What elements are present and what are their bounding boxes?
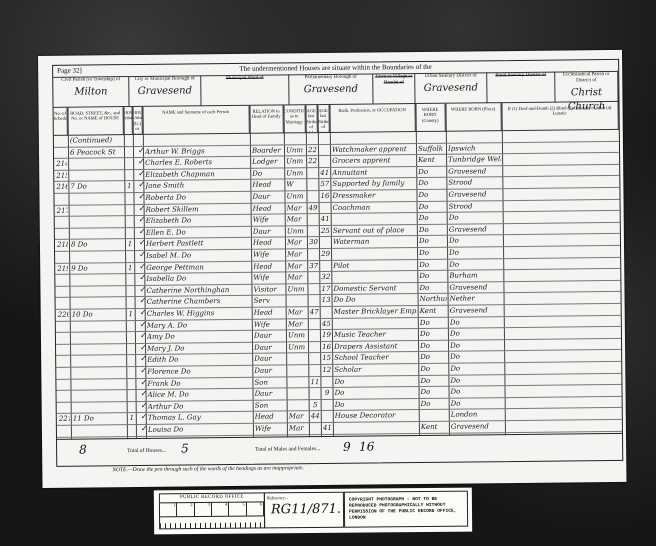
cell-female-age [322,307,331,318]
census-form: Page 32] The undermentioned Houses are s… [52,59,623,467]
cell-male-age [310,319,319,330]
district-field: Urban Sanitary District ofGravesend [415,72,487,104]
cell-county: Do [419,259,446,270]
cell-female-age: 57 [320,179,329,190]
totals-row: 8 Total of Houses... 5 Total of Males an… [57,433,622,466]
cell-name: Amy Do [147,331,251,343]
cell-place: Do [450,352,503,363]
column-header: WHERE BORN (County) [416,104,446,132]
cell-schedule [58,368,69,379]
cell-address [72,355,125,366]
cell-place: Gravesend [449,282,502,293]
cell-condition [288,388,307,399]
cell-inhab: 1 [126,181,132,192]
cell-inhab [128,344,134,355]
cell-inhab [128,355,134,366]
cell-female-age [320,133,329,144]
cell-place: Strood [449,201,502,212]
cell-name: Frank Do [147,377,251,389]
cell-schedule [58,344,69,355]
column-header: ROAD, STREET, &c., and No. or NAME of HO… [68,107,124,136]
cell-address [72,367,125,378]
cell-male-age: 5 [311,400,320,411]
cell-inhab [127,274,133,285]
cell-place: Do [450,375,503,386]
cell-name: Catherine Chambers [147,296,251,308]
cell-name: Louisa Do [148,424,252,436]
cell-county: Do [419,283,446,294]
cell-name: Catherine Northinghan [146,285,250,297]
census-page: Page 32] The undermentioned Houses are s… [38,50,626,488]
cell-address [71,251,124,262]
cell-name: Mary J. Do [147,343,251,355]
cell-place: Gravesend [449,224,502,235]
cell-relation: Visitor [253,284,284,295]
cell-occupation: Grocers apprent [332,155,415,166]
cell-schedule [58,321,69,332]
district-value: Gravesend [289,83,372,98]
cell-schedule: 215 [56,170,67,181]
cell-male-age [309,214,318,225]
cell-county: Do [418,190,445,201]
check-mark-icon: ✓ [138,169,145,178]
district-label: Urban Sanitary District of [415,73,486,80]
district-value [487,81,554,82]
check-mark-icon: ✓ [139,273,146,282]
cell-name: Arthur Do [148,401,252,413]
column-header: WHERE BORN (Place) [446,103,502,132]
cell-address [70,193,123,204]
cell-address: 8 Do [71,240,124,251]
cell-male-age: 11 [310,377,319,388]
cell-condition: Mar [287,261,306,272]
cell-occupation: Domestic Servant [333,283,416,294]
cell-female-age [323,400,332,411]
cell-inhab [126,158,132,169]
cell-relation: Wife [255,423,286,434]
cell-inhab [128,332,134,343]
cell-place: Do [449,247,502,258]
cell-inhab [129,425,135,436]
cell-place: Gravesend [450,305,503,316]
check-mark-icon: ✓ [141,412,148,421]
cell-occupation: Master Bricklayer Employ 3 Labour [334,306,417,317]
ruler-mark: 2 [177,502,194,516]
district-field: Parliamentary Borough ofGravesend [289,73,373,105]
cell-name [145,134,249,146]
cell-place: Do [449,236,502,247]
district-field: Rural Sanitary District of [487,72,555,104]
cell-inhab [126,193,132,204]
district-label: Municipal Ward of [201,75,288,82]
form-note: NOTE.—Draw the pen through such of the w… [112,465,304,473]
district-label: Parliamentary Borough of [289,75,372,82]
check-mark-icon: ✓ [140,343,147,352]
check-mark-icon: ✓ [140,377,147,386]
cell-occupation: Do [334,387,417,398]
cell-occupation [333,213,416,224]
cell-name: Isabella Do [146,273,250,285]
column-header: RELATION to Head of Family [250,105,284,133]
cell-county: Do [419,236,446,247]
cell-occupation: Dressmaker [332,190,415,201]
cell-occupation [332,132,415,143]
cell-relation [252,133,283,144]
cell-relation: Wife [254,319,285,330]
cell-county: Northumberland [420,294,447,305]
total-houses-value: 5 [181,441,189,455]
cell-name: Roberta Do [145,192,249,204]
cell-address: 11 Do [73,413,126,424]
cell-name: Edith Do [147,354,251,366]
district-label: Civil Parish [or Township] of [53,77,128,84]
cell-schedule [58,356,69,367]
cell-condition [286,133,305,144]
cell-county: Do [419,225,446,236]
cell-relation: Lodger [252,157,283,168]
cell-schedule [58,298,69,309]
cell-name: Charles E. Roberts [145,157,249,169]
column-header: AGE last Birthday of Females [318,105,330,133]
cell-inhab [128,321,134,332]
cell-county: Do [419,271,446,282]
cell-female-age [321,203,330,214]
cell-schedule [57,252,68,263]
cell-schedule: 219 [57,263,68,274]
district-field: Ecclesiastical Parish or District ofChri… [555,71,618,103]
check-mark-icon: ✓ [140,308,147,317]
district-value: Gravesend [129,84,200,99]
cell-place: Do [450,328,503,339]
cell-name: Arthur W. Briggs [145,145,249,157]
cell-female-age [321,237,330,248]
district-field: Town or Village or Hamlet of [373,73,415,104]
cell-condition: Mar [287,272,306,283]
cell-occupation [333,248,416,259]
check-mark-icon: ✓ [140,389,147,398]
cell-occupation [335,422,418,433]
cell-relation: Son [255,400,286,411]
check-mark-icon: ✓ [139,285,146,294]
cell-female-age: 41 [321,214,330,225]
cell-inhab: 1 [128,309,134,320]
cell-place: Gravesend [451,421,504,432]
check-mark-icon: ✓ [139,238,146,247]
cell-female-age: 12 [322,365,331,376]
cell-female-age: 32 [321,272,330,283]
cell-male-age [311,423,320,434]
district-field: Municipal Ward of [201,74,289,106]
cell-male-age [309,249,318,260]
cell-condition: Unm [288,342,307,353]
cell-county: Do [420,375,447,386]
cell-female-age: 13 [322,295,331,306]
cell-county: Do [418,178,445,189]
check-mark-icon: ✓ [140,366,147,375]
cell-male-age: 44 [311,411,320,422]
total-males-value: 9 [343,440,351,454]
cell-address: 10 Do [72,309,125,320]
cell-place: Tunbridge Wells [448,154,501,165]
cell-name: Thomas L. Gay [148,412,252,424]
cell-condition: Mar [288,319,307,330]
cell-male-age [308,133,317,144]
cell-name: Mary A. Do [147,319,251,331]
ruler-mark: 4 [212,502,229,516]
cell-schedule [59,426,70,437]
cell-condition: Mar [288,307,307,318]
cell-schedule [57,217,68,228]
cell-relation: Serv [254,296,285,307]
cell-occupation: Waterman [333,236,416,247]
district-label: City or Municipal Borough of [129,76,200,83]
check-mark-icon: ✓ [141,424,148,433]
scale-ticks [160,515,264,528]
cell-female-age: 16 [320,191,329,202]
cell-relation: Head [253,238,284,249]
cell-county: Do [420,364,447,375]
cell-condition: Mar [289,423,308,434]
cell-male-age [309,284,318,295]
cell-occupation: Servant out of place [333,225,416,236]
check-mark-icon: ✓ [138,157,145,166]
district-field: City or Municipal Borough ofGravesend [129,75,201,107]
cell-county [421,410,448,421]
cell-address [72,344,125,355]
cell-condition: Mar [289,412,308,423]
cell-county: Do [420,341,447,352]
check-mark-icon: ✓ [139,203,146,212]
cell-inhab [127,205,133,216]
cell-relation: Daur [254,389,285,400]
cell-occupation [333,271,416,282]
column-header: AGE last Birthday of Males [306,105,318,133]
district-label: Ecclesiastical Parish or District of [555,72,617,85]
cell-occupation: Do [335,399,418,410]
cell-female-age [322,377,331,388]
cell-address [71,216,124,227]
check-mark-icon: ✓ [140,296,147,305]
cell-schedule [56,147,67,158]
cell-female-age: 15 [322,353,331,364]
cell-inhab: 1 [129,413,135,424]
column-header: CONDITION as to Marriage [284,105,306,133]
cell-occupation: Watchmaker apprent [332,144,415,155]
cell-address [72,297,125,308]
cell-schedule: 220 [58,310,69,321]
cell-occupation: House Decorator [335,410,418,421]
check-mark-icon: ✓ [138,192,145,201]
cell-condition: Unm [286,156,305,167]
cell-place: Gravesend [448,166,501,177]
cell-relation: Wife [253,215,284,226]
cell-condition [288,365,307,376]
cell-inhab [128,297,134,308]
cell-condition [288,377,307,388]
cell-female-age: 41 [323,423,332,434]
cell-county: Do [419,213,446,224]
cell-address [72,379,125,390]
cell-county: Kent [420,306,447,317]
column-header: No. of Schedule [54,108,68,136]
check-mark-icon: ✓ [139,261,146,270]
cell-female-age: 19 [322,330,331,341]
cell-address [73,402,126,413]
cell-male-age [309,272,318,283]
cell-county: Do [418,167,445,178]
cell-address [71,286,124,297]
check-mark-icon: ✓ [141,401,148,410]
cell-male-age: 37 [309,261,318,272]
cell-schedule [56,136,67,147]
cell-address: (Continued) [70,135,123,146]
cell-relation: Head [253,203,284,214]
cell-relation: Head [252,180,283,191]
cell-relation: Daur [252,191,283,202]
cell-place: Ipswich [448,143,501,154]
cell-place: Do [449,212,502,223]
cell-place: Do [451,398,504,409]
check-mark-icon: ✓ [140,331,147,340]
cell-female-age [321,261,330,272]
cell-inhab: 1 [127,263,133,274]
cell-county: Do [421,399,448,410]
cell-female-age [323,411,332,422]
check-mark-icon: ✓ [140,354,147,363]
district-label: Rural Sanitary District of [487,73,554,80]
cell-schedule: 216 [56,182,67,193]
cell-relation: Daur [254,331,285,342]
cell-address [71,228,124,239]
check-mark-icon: ✓ [138,145,145,154]
column-header: Rank, Profession, or OCCUPATION [330,104,416,133]
cell-condition [288,296,307,307]
cell-male-age [310,295,319,306]
cell-occupation: Pilot [333,260,416,271]
cell-place: Burham [449,270,502,281]
cell-male-age: 22 [308,145,317,156]
check-mark-icon: ✓ [140,319,147,328]
cell-male-age [308,191,317,202]
cell-male-age [308,179,317,190]
cell-female-age: 16 [322,342,331,353]
cell-schedule [59,391,70,402]
cell-county: Do [420,329,447,340]
cell-condition: Unm [286,168,305,179]
cell-female-age [320,145,329,156]
cell-occupation: School Teacher [334,352,417,363]
cell-female-age: 25 [321,226,330,237]
cell-occupation: Do [334,376,417,387]
cell-condition: Unm [286,191,305,202]
cell-name: Herbert Pastlett [146,238,250,250]
ruler-mark: 3 [195,502,212,516]
cell-schedule [57,286,68,297]
cell-relation: Boarder [252,145,283,156]
column-header: NAME and Surname of each Person [143,106,250,135]
cell-name: Robert Skillem [146,203,250,215]
cell-place [448,131,501,142]
cell-condition: Mar [287,249,306,260]
cell-relation: Son [254,377,285,388]
cell-inhab [126,135,132,146]
cell-female-age: 45 [322,319,331,330]
cell-schedule: 218 [57,240,68,251]
cell-address [71,274,124,285]
reference-value: RG11/871. [265,502,343,518]
cell-condition: W [286,180,305,191]
cell-female-age: 9 [322,388,331,399]
cell-relation: Daur [254,365,285,376]
cell-place: London [451,410,504,421]
reference-box: Reference:- RG11/871. [264,492,344,529]
cell-county: Do [420,387,447,398]
cell-address: 6 Peacock St [70,147,123,158]
cell-address [70,158,123,169]
cell-address: 9 Do [71,263,124,274]
cell-occupation [334,318,417,329]
cell-male-age [310,353,319,364]
cell-inhab [129,402,135,413]
cell-address [72,332,125,343]
cell-address [71,205,124,216]
cell-name: Elizabeth Do [146,215,250,227]
cell-name: Florence Do [147,366,251,378]
cell-inhab [128,367,134,378]
cell-place: Do [450,363,503,374]
cell-address [72,321,125,332]
cell-male-age [310,388,319,399]
cell-male-age [310,365,319,376]
cell-place: Do [450,317,503,328]
cell-condition: Mar [287,214,306,225]
ruler-mark: 5 [229,502,246,516]
ruler-mark: 6 [247,501,264,515]
total-females-value: 16 [359,439,374,453]
cell-relation: Daur [254,342,285,353]
cell-inhab [126,147,132,158]
cell-address: 7 Do [70,182,123,193]
cell-schedule [56,194,67,205]
cell-name: George Pettman [146,261,250,273]
cell-occupation: Supported by family [332,178,415,189]
cell-occupation: Annuitant [332,167,415,178]
cell-relation: Do [252,168,283,179]
district-value: Milton [53,85,128,100]
cell-occupation: Music Teacher [334,329,417,340]
cell-county: Do [420,352,447,363]
cell-condition: Unm [287,284,306,295]
cell-place: Do [449,259,502,270]
cell-address [73,425,126,436]
check-mark-icon: ✓ [139,227,146,236]
cell-inhab: 1 [127,239,133,250]
cell-inhab [129,390,135,401]
totals-mark: 8 [79,443,87,457]
check-mark-icon: ✓ [139,215,146,224]
cell-inhab [126,170,132,181]
cell-female-age [320,156,329,167]
cell-county: Do [419,201,446,212]
cell-schedule [57,275,68,286]
cell-relation: Wife [253,249,284,260]
cell-male-age [310,342,319,353]
cell-inhab [128,379,134,390]
cell-name: Alice M. Do [148,389,252,401]
cell-relation: Head [254,307,285,318]
cell-address [73,390,126,401]
column-header: If (1) Deaf-and-Dumb (2) Blind (3) Imbec… [502,102,619,131]
